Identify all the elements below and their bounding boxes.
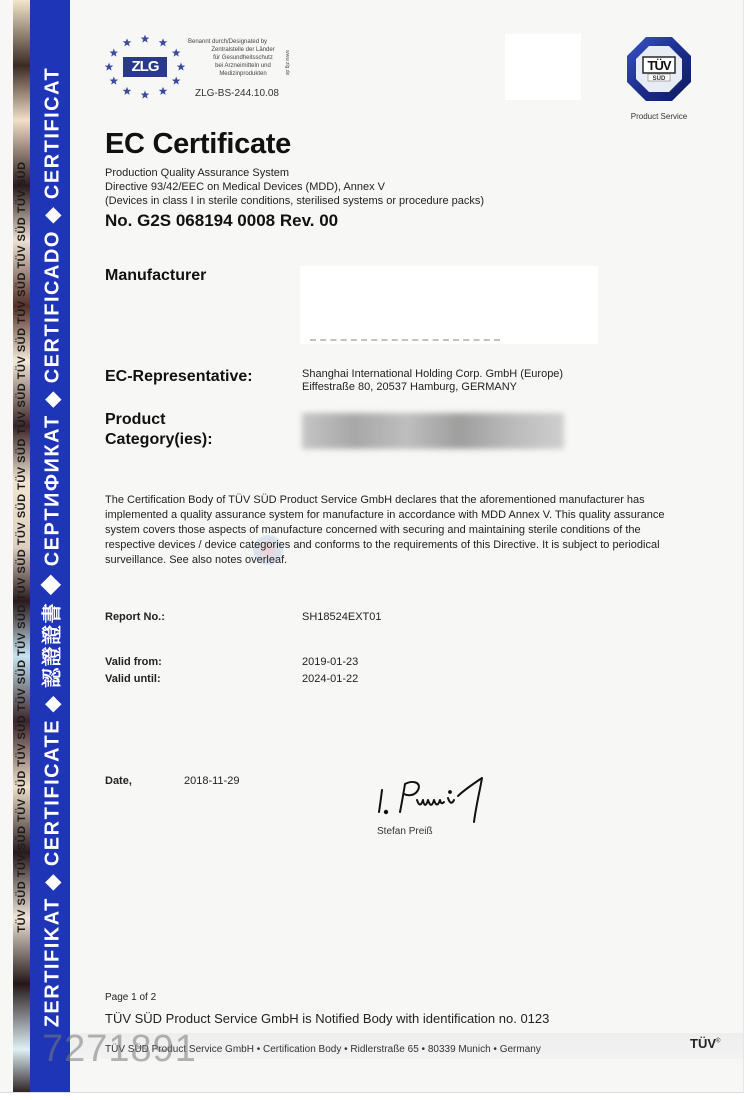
zlg-code: ZLG-BS-244.10.08 xyxy=(195,88,279,99)
svg-text:TÜV: TÜV xyxy=(648,58,672,73)
tuv-sud-logo-icon: TÜV SÜD xyxy=(626,36,692,102)
zlg-logo: ZLG xyxy=(105,35,185,100)
subtitle-line: (Devices in class I in sterile condition… xyxy=(105,194,484,208)
subtitle-line: Production Quality Assurance System xyxy=(105,166,484,180)
zlg-authority-line: Medizinprodukten xyxy=(188,70,298,78)
certificate-number: No. G2S 068194 0008 Rev. 00 xyxy=(105,211,338,231)
valid-from-label: Valid from: xyxy=(105,656,162,668)
hologram-text: TÜV SÜD TÜV SÜD TÜV SÜD TÜV SÜD TÜV SÜD … xyxy=(16,0,28,1093)
date-label: Date, xyxy=(105,775,132,787)
report-number-label: Report No.: xyxy=(105,611,165,623)
signer-name: Stefan Preiß xyxy=(377,826,433,837)
signature-icon xyxy=(372,776,512,826)
zlg-url: www.zlg.de xyxy=(284,50,290,75)
report-number-value: SH18524EXT01 xyxy=(302,611,382,623)
certificate-page: TÜV SÜD TÜV SÜD TÜV SÜD TÜV SÜD TÜV SÜD … xyxy=(0,0,744,1093)
ec-representative-label: EC-Representative: xyxy=(105,367,253,387)
zlg-authority-line: bei Arzneimitteln und xyxy=(188,62,298,70)
ec-representative-value: Shanghai International Holding Corp. Gmb… xyxy=(302,368,563,394)
footer-tuv-mark: TÜV® xyxy=(690,1036,720,1051)
subtitle-line: Directive 93/42/EEC on Medical Devices (… xyxy=(105,180,484,194)
manufacturer-label: Manufacturer xyxy=(105,266,206,286)
zlg-authority-line: für Gesundheitsschutz xyxy=(188,54,298,62)
registered-mark: ® xyxy=(716,1039,720,1045)
certificate-subtitle: Production Quality Assurance System Dire… xyxy=(105,166,484,208)
page-title: EC Certificate xyxy=(105,128,291,161)
date-value: 2018-11-29 xyxy=(184,775,239,787)
band-text: ZERTIFIKAT ◆ CERTIFICATE ◆ 認證證書 ◆ CEPTИФ… xyxy=(36,0,65,1093)
zlg-logo-text: ZLG xyxy=(123,57,167,77)
product-category-redacted xyxy=(302,413,564,449)
valid-from-value: 2019-01-23 xyxy=(302,656,358,668)
page-indicator: Page 1 of 2 xyxy=(105,992,156,1003)
zlg-authority-line: Zentralstelle der Länder xyxy=(188,46,298,54)
tuv-product-service-caption: Product Service xyxy=(622,112,696,121)
hologram-strip: TÜV SÜD TÜV SÜD TÜV SÜD TÜV SÜD TÜV SÜD … xyxy=(13,0,30,1093)
watermark-number: 7271891 xyxy=(42,1028,197,1071)
notified-body-text: TÜV SÜD Product Service GmbH is Notified… xyxy=(105,1011,549,1026)
product-category-label: Product Category(ies): xyxy=(105,410,213,450)
tuv-mark-text: TÜV xyxy=(690,1036,716,1051)
declaration-text: The Certification Body of TÜV SÜD Produc… xyxy=(105,493,685,568)
manufacturer-redacted-line xyxy=(310,339,500,341)
zlg-authority: Benannt durch/Designated by Zentralstell… xyxy=(188,38,298,78)
valid-until-value: 2024-01-22 xyxy=(302,673,358,685)
ec-rep-line: Shanghai International Holding Corp. Gmb… xyxy=(302,368,563,381)
ec-rep-line: Eiffestraße 80, 20537 Hamburg, GERMANY xyxy=(302,381,563,394)
zlg-designated-by: Benannt durch/Designated by xyxy=(188,38,298,46)
product-label-line: Category(ies): xyxy=(105,430,213,450)
redacted-box xyxy=(505,34,581,100)
product-label-line: Product xyxy=(105,410,213,430)
certificate-band: ZERTIFIKAT ◆ CERTIFICATE ◆ 認證證書 ◆ CEPTИФ… xyxy=(30,0,70,1093)
svg-text:SÜD: SÜD xyxy=(653,75,666,82)
valid-until-label: Valid until: xyxy=(105,673,161,685)
manufacturer-redacted xyxy=(300,266,598,344)
